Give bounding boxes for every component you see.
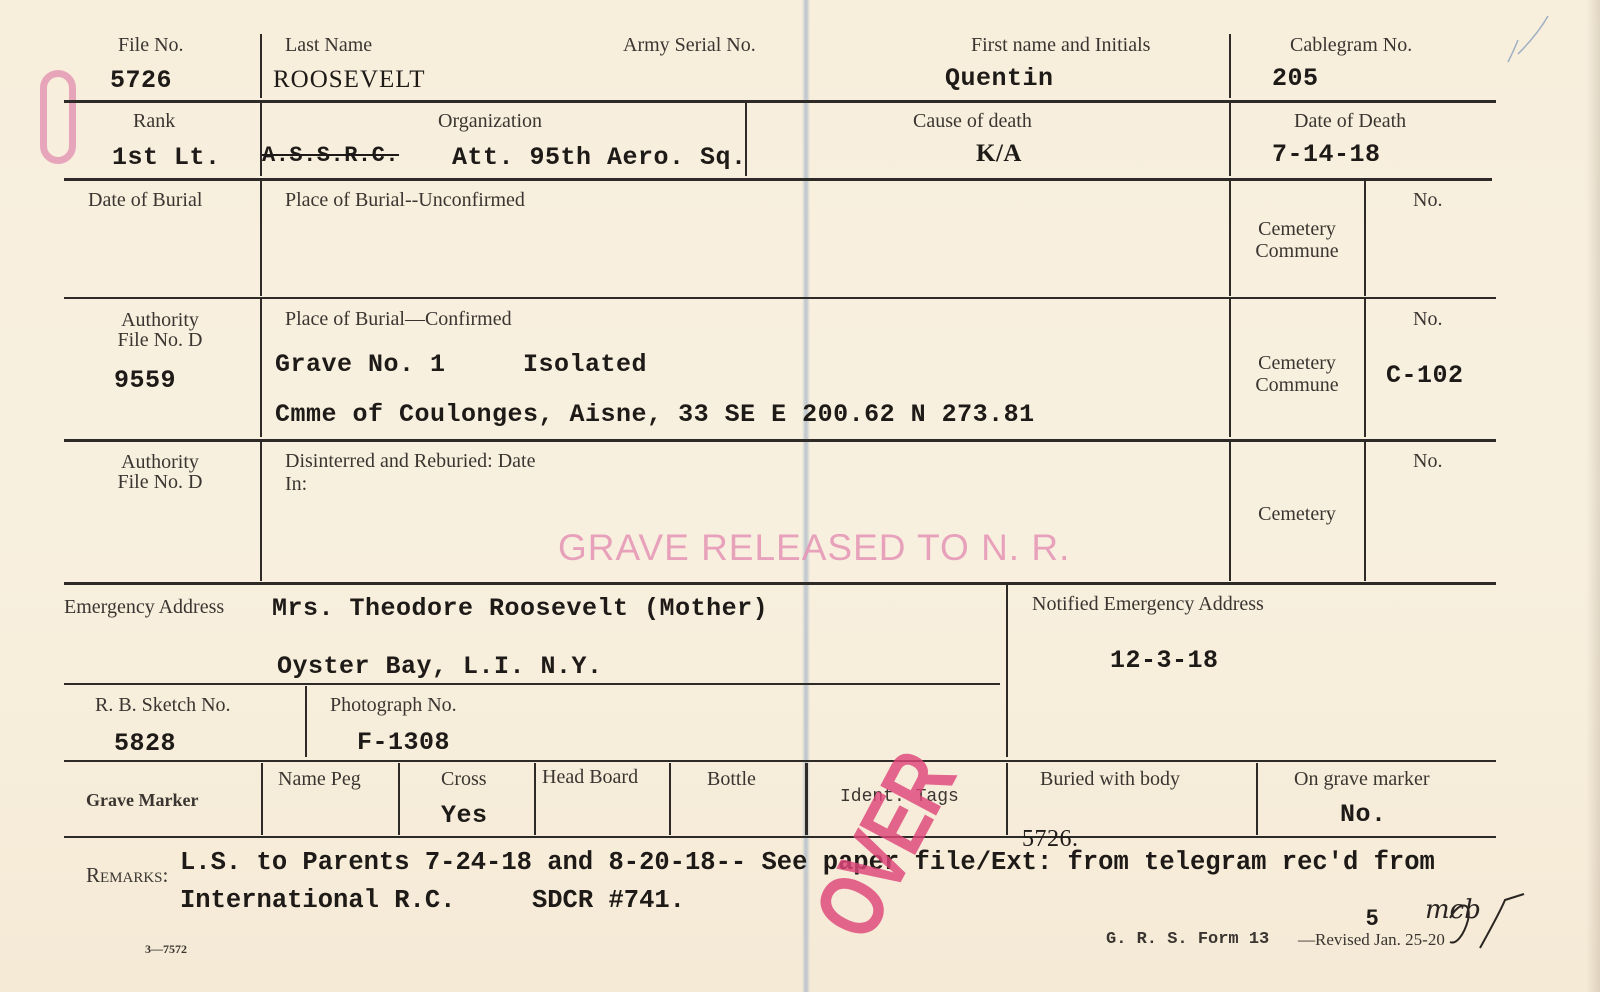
place-of-burial-unconfirmed-label: Place of Burial--Unconfirmed (285, 189, 525, 211)
reburied-in-label: In: (285, 473, 307, 495)
zero-stamp (40, 70, 76, 164)
grave-marker-label: Grave Marker (86, 789, 198, 811)
cause-of-death-value: K/A (976, 140, 1022, 168)
date-of-burial-label: Date of Burial (88, 189, 202, 211)
disinterred-date-label: Disinterred and Reburied: Date (285, 450, 535, 472)
reburial-authority-label: Authority File No. D (98, 452, 222, 492)
burial-line-1: Grave No. 1 Isolated (275, 350, 647, 379)
over-stamp: OVER (791, 753, 969, 956)
name-peg-label: Name Peg (278, 768, 361, 790)
last-name-label: Last Name (285, 34, 372, 56)
signature-scribble-icon (1420, 890, 1530, 952)
date-of-death-value: 7-14-18 (1272, 140, 1381, 169)
card-edge-shadow (1586, 0, 1600, 992)
rank-label: Rank (133, 110, 175, 132)
place-of-burial-confirmed-label: Place of Burial—Confirmed (285, 308, 512, 330)
file-no-value: 5726 (110, 66, 172, 95)
army-serial-no-label: Army Serial No. (623, 34, 756, 56)
last-name-value: ROOSEVELT (273, 66, 426, 94)
confirmed-no-value: C-102 (1386, 361, 1464, 390)
page-number: 5 (1366, 905, 1379, 931)
reburial-cemetery-label: Cemetery (1232, 503, 1362, 525)
photograph-no-value: F-1308 (357, 728, 450, 757)
organization-label: Organization (438, 110, 542, 132)
photograph-no-label: Photograph No. (330, 694, 457, 716)
confirmed-cemetery-commune-label: Cemetery Commune (1232, 352, 1362, 396)
remarks-label: Remarks: (86, 864, 168, 886)
burial-line-2: Cmme of Coulonges, Aisne, 33 SE E 200.62… (275, 400, 1035, 429)
confirmed-no-label: No. (1413, 308, 1442, 330)
pencil-tick-icon (1500, 10, 1560, 70)
emergency-address-line-2: Oyster Bay, L.I. N.Y. (277, 652, 603, 681)
organization-value: Att. 95th Aero. Sq. (452, 143, 747, 172)
on-grave-marker-label: On grave marker (1294, 768, 1430, 790)
cablegram-no-label: Cablegram No. (1290, 34, 1412, 56)
rank-value: 1st Lt. (112, 143, 221, 172)
first-name-label: First name and Initials (971, 34, 1150, 56)
sketch-no-label: R. B. Sketch No. (95, 694, 231, 716)
notified-emergency-address-value: 12-3-18 (1110, 646, 1219, 675)
grave-released-stamp: GRAVE RELEASED TO N. R. (558, 527, 1070, 569)
print-code: 3—7572 (145, 938, 187, 960)
fold-crease (802, 0, 810, 992)
date-of-death-label: Date of Death (1294, 110, 1406, 132)
authority-file-value: 9559 (114, 366, 176, 395)
organization-struck-value: A.S.S.R.C. (262, 143, 399, 168)
on-grave-marker-value: No. (1340, 800, 1387, 829)
notified-emergency-address-label: Notified Emergency Address (1032, 593, 1264, 615)
form-id: G. R. S. Form 13 (1106, 929, 1269, 951)
cross-label: Cross (441, 768, 487, 790)
cablegram-no-value: 205 (1272, 64, 1319, 93)
remarks-line-2: International R.C. SDCR #741. (180, 886, 685, 915)
cause-of-death-label: Cause of death (913, 110, 1032, 132)
unconfirmed-no-label: No. (1413, 189, 1442, 211)
first-name-value: Quentin (945, 64, 1054, 93)
authority-file-label: Authority File No. D (98, 310, 222, 350)
bottle-label: Bottle (707, 768, 756, 790)
cemetery-commune-label: Cemetery Commune (1232, 218, 1362, 262)
cross-value: Yes (441, 801, 488, 830)
emergency-address-line-1: Mrs. Theodore Roosevelt (Mother) (272, 594, 768, 623)
reburial-no-label: No. (1413, 450, 1442, 472)
emergency-address-label: Emergency Address (64, 596, 269, 618)
head-board-label: Head Board (542, 766, 638, 788)
sketch-no-value: 5828 (114, 729, 176, 758)
buried-with-body-label: Buried with body (1040, 768, 1180, 790)
grave-registration-card: File No. 5726 Last Name ROOSEVELT Army S… (0, 0, 1600, 992)
file-no-label: File No. (118, 34, 184, 56)
